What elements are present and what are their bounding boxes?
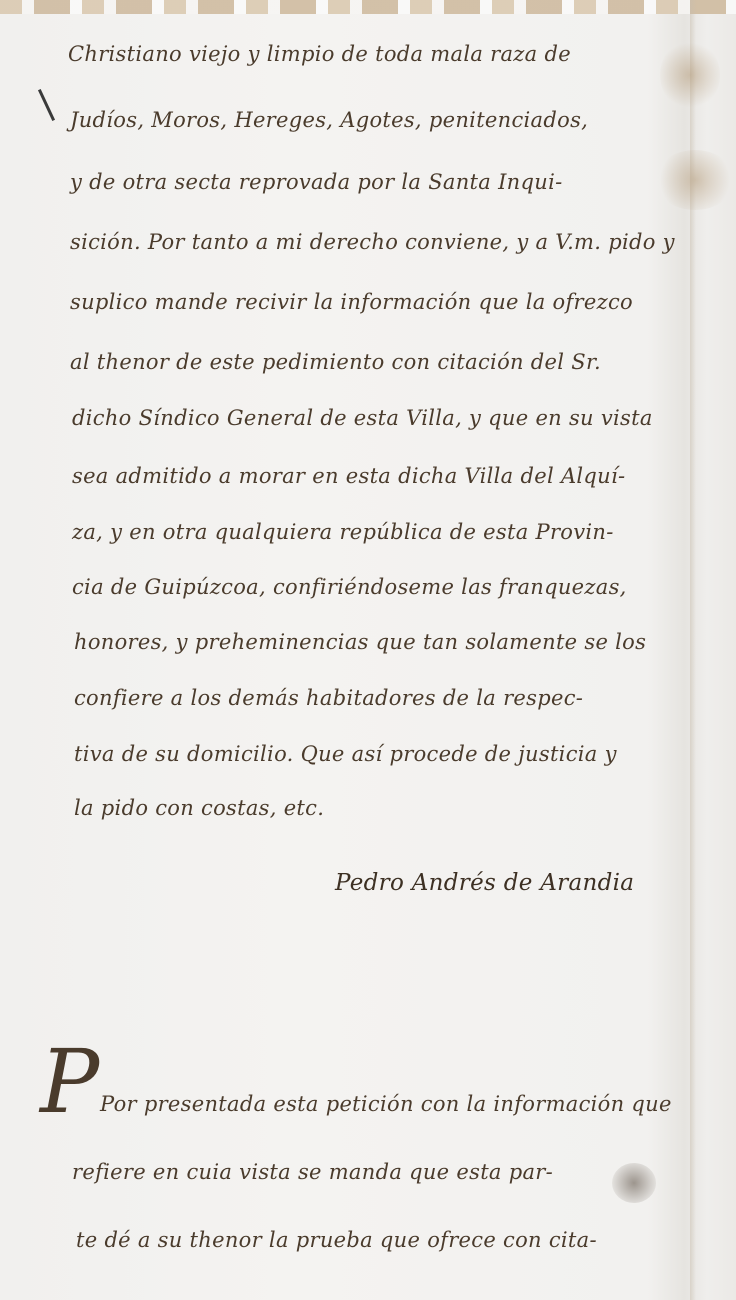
decree-line: Por presentada esta petición con la info…	[100, 1092, 672, 1116]
petition-line: Christiano viejo y limpio de toda mala r…	[68, 42, 571, 66]
petition-line: suplico mande recivir la información que…	[70, 290, 633, 314]
signature: Pedro Andrés de Arandia	[335, 870, 634, 896]
petition-line: dicho Síndico General de esta Villa, y q…	[72, 406, 653, 430]
decree-line: refiere en cuia vista se manda que esta …	[72, 1160, 553, 1184]
petition-line: tiva de su domicilio. Que así procede de…	[74, 742, 617, 766]
margin-mark	[38, 89, 55, 121]
petition-line: la pido con costas, etc.	[74, 796, 324, 820]
stain-top-right	[660, 40, 720, 110]
petition-line: al thenor de este pedimiento con citació…	[70, 350, 601, 374]
stain-right	[655, 150, 735, 210]
petition-line: honores, y preheminencias que tan solame…	[74, 630, 646, 654]
petition-line: confiere a los demás habitadores de la r…	[74, 686, 583, 710]
petition-line: za, y en otra qualquiera república de es…	[72, 520, 614, 544]
torn-top-edge	[0, 0, 736, 14]
manuscript-page: Christiano viejo y limpio de toda mala r…	[0, 0, 736, 1300]
petition-line: Judíos, Moros, Hereges, Agotes, penitenc…	[70, 108, 588, 132]
decree-line: te dé a su thenor la prueba que ofrece c…	[76, 1228, 597, 1252]
petition-line: cia de Guipúzcoa, confiriéndoseme las fr…	[72, 575, 627, 599]
petition-line: sea admitido a morar en esta dicha Villa…	[72, 464, 625, 488]
ink-blot	[612, 1163, 656, 1203]
petition-line: sición. Por tanto a mi derecho conviene,…	[70, 230, 675, 254]
petition-line: y de otra secta reprovada por la Santa I…	[70, 170, 563, 194]
decree-initial: P	[40, 1030, 99, 1133]
